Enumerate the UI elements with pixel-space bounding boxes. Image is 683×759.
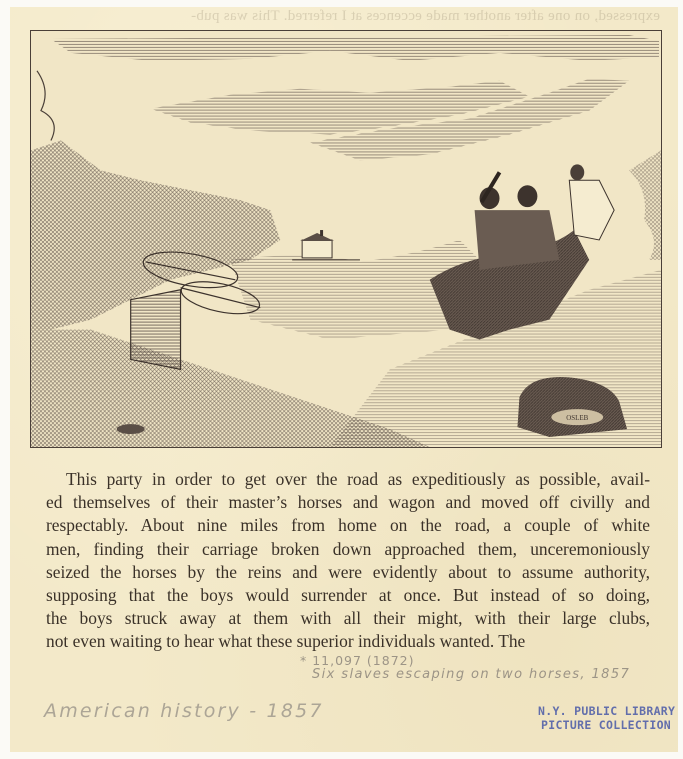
- farmhouse: [292, 230, 360, 260]
- caption-annotation: Six slaves escaping on two horses, 1857: [312, 667, 630, 682]
- text-line: ed themselves of their master’s horses a…: [46, 491, 650, 514]
- foliage-right: [629, 150, 661, 259]
- text-line: supposing that the boys would surrender …: [46, 584, 650, 607]
- text-line: This party in order to get over the road…: [46, 468, 650, 491]
- engraving-scene: OSLEB: [31, 31, 661, 447]
- hat-on-ground: [117, 424, 145, 434]
- text-line: not even waiting to hear what these supe…: [46, 630, 650, 653]
- text-line: respectably. About nine miles from home …: [46, 514, 650, 537]
- stamp-line-2: PICTURE COLLECTION: [541, 718, 675, 732]
- stamp-line-1: N.Y. PUBLIC LIBRARY: [538, 704, 675, 718]
- body-paragraph: This party in order to get over the road…: [46, 468, 650, 654]
- library-stamp: N.Y. PUBLIC LIBRARY PICTURE COLLECTION: [538, 704, 675, 732]
- svg-text:OSLEB: OSLEB: [566, 414, 588, 422]
- text-line: men, finding their carriage broken down …: [46, 538, 650, 561]
- bleed-through-text: expressed, on one after another made ecc…: [40, 8, 660, 25]
- text-line: the boys struck away at them with all th…: [46, 607, 650, 630]
- subject-heading-annotation: American history - 1857: [44, 700, 324, 722]
- clouds: [51, 35, 659, 160]
- engraving-illustration: OSLEB: [30, 30, 662, 448]
- catalog-number-annotation: * 11,097 (1872): [300, 653, 415, 668]
- text-line: seized the horses by the reins and were …: [46, 561, 650, 584]
